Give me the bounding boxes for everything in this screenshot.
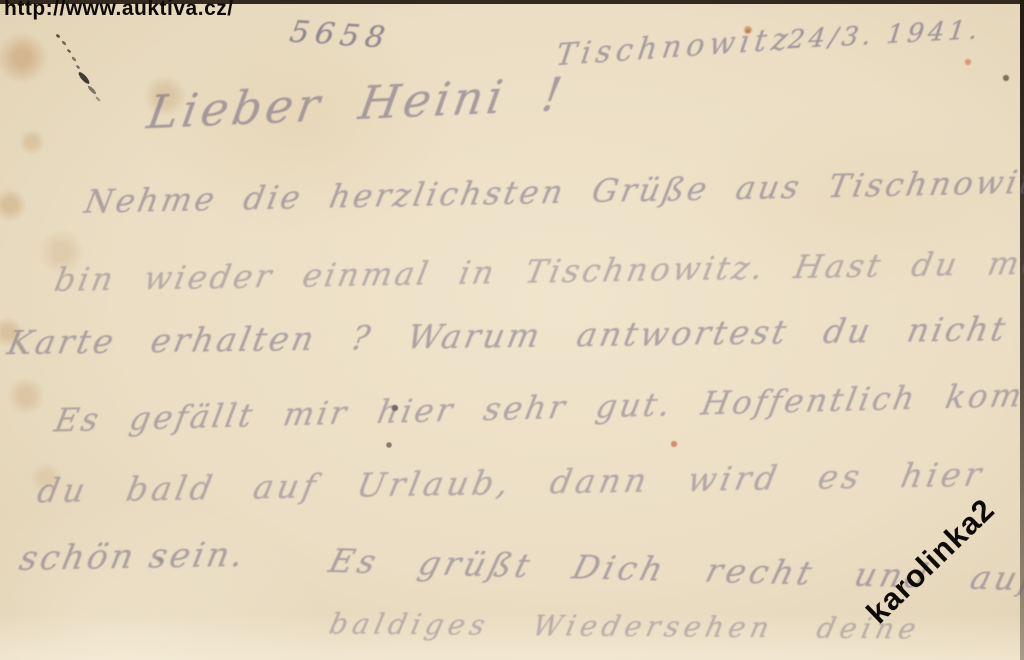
- handwriting-line-6: schön sein.: [16, 535, 249, 579]
- handwriting-line-1: Nehme die herzlichsten Grüße aus Tischno…: [81, 161, 1024, 221]
- handwriting-line-5: du bald auf Urlaub, dann wird es hier no…: [34, 452, 1024, 510]
- dateline-place: Tischnowitz: [554, 22, 795, 74]
- auktiva-url-watermark: http://www.auktiva.cz/: [4, 0, 234, 21]
- handwriting-line-4: Es gefällt mir hier sehr gut. Hoffentlic…: [52, 374, 1024, 439]
- catalog-number: 5658: [287, 15, 393, 57]
- dateline-date: 24/3. 1941.: [786, 15, 983, 55]
- greeting-line: Lieber Heini !: [144, 67, 570, 140]
- handwriting-line-8: baldiges Wiedersehen deine: [326, 607, 924, 645]
- handwriting-line-2: bin wieder einmal in Tischnowitz. Hast d…: [51, 243, 1024, 299]
- postcard-scan: http://www.auktiva.cz/ 5658 Tischnowitz …: [0, 0, 1024, 660]
- handwriting-line-3: Karte erhalten ? Warum antwortest du nic…: [4, 309, 1024, 363]
- ink-smudge-mark: [48, 30, 120, 118]
